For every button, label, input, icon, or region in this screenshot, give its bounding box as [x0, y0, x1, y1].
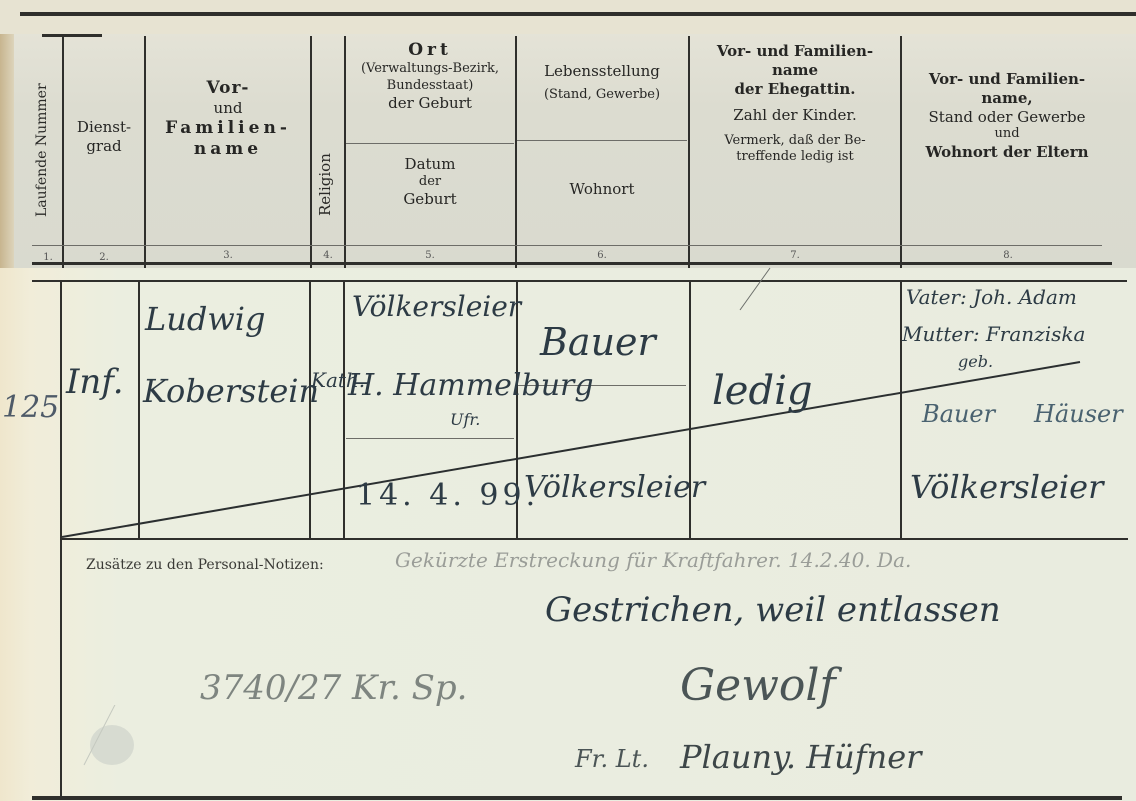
- col-number-8: 8.: [998, 250, 1018, 261]
- col-header-birthdate: Datum der Geburt: [346, 155, 514, 209]
- entry-subdivider: [346, 438, 514, 439]
- header-top-strip: [0, 0, 1136, 34]
- entry-parents-occupation: Bauer: [922, 400, 995, 428]
- notes-left-rule: [60, 540, 62, 798]
- entry-top-rule: [32, 280, 1127, 282]
- stamp-mark-icon: [80, 705, 150, 775]
- col-number-3: 3.: [218, 250, 238, 261]
- col-header-rank-l2: grad: [64, 137, 144, 156]
- page-bottom-rule: [32, 796, 1122, 800]
- col-header-birthplace: Ort (Verwaltungs-Bezirk, Bundesstaat) de…: [346, 40, 514, 113]
- col-header-birthdate-l2: der: [346, 174, 514, 190]
- col-number-1: 1.: [38, 252, 58, 263]
- entry-residence: Völkersleier: [524, 470, 705, 505]
- col-header-residence-l1: Wohnort: [517, 180, 687, 199]
- entry-birth-date: 14. 4. 99.: [356, 478, 539, 513]
- entry-birth-district: H. Hammelburg: [348, 368, 594, 403]
- page-edge: [0, 34, 14, 270]
- col-header-spouse-l3: der Ehegattin.: [690, 80, 900, 99]
- col-number-5: 5.: [420, 250, 440, 261]
- col-header-parents-l1: Vor- und Familien-: [902, 70, 1112, 89]
- entry-bottom-rule: [60, 538, 1128, 540]
- col-number-7: 7.: [785, 250, 805, 261]
- col-header-parents-l5: Wohnort der Eltern: [902, 143, 1112, 162]
- col-header-spouse-l4: Zahl der Kinder.: [690, 106, 900, 125]
- col-header-residence: Wohnort: [517, 180, 687, 199]
- col-header-rank-l1: Dienst-: [64, 118, 144, 137]
- entry-marital-status: ledig: [712, 368, 812, 414]
- entry-number: 125: [2, 390, 59, 425]
- col-header-spouse: Vor- und Familien- name der Ehegattin. Z…: [690, 42, 900, 166]
- col-header-spouse-l6: treffende ledig ist: [690, 149, 900, 165]
- col-header-name-l2: und: [146, 99, 310, 118]
- entry-parents-residence: Völkersleier: [910, 468, 1103, 506]
- header-bottom-rule: [32, 262, 1112, 265]
- col-header-spouse-l5: Vermerk, daß der Be-: [690, 133, 900, 149]
- col-header-religion: Religion: [316, 140, 334, 230]
- col-header-occupation: Lebensstellung (Stand, Gewerbe): [517, 62, 687, 103]
- col-header-parents-l2: name,: [902, 89, 1112, 108]
- col-header-birthplace-l3: Bundesstaat): [346, 78, 514, 94]
- entry-last-name: Koberstein: [143, 372, 319, 410]
- col-header-occupation-l1: Lebensstellung: [517, 62, 687, 81]
- notes-label: Zusätze zu den Personal-Notizen:: [86, 557, 324, 573]
- col-header-parents-l3: Stand oder Gewerbe: [902, 108, 1112, 127]
- entry-mother: Mutter: Franziska: [902, 322, 1085, 346]
- sub-divider: [517, 140, 687, 141]
- entry-father: Vater: Joh. Adam: [906, 285, 1077, 309]
- entry-birth-state: Ufr.: [450, 410, 480, 429]
- entry-divider: [60, 281, 62, 539]
- colnum-divider: [32, 245, 1102, 246]
- entry-birthplace: Völkersleier: [352, 290, 521, 323]
- col-divider: [310, 36, 312, 268]
- col-header-name-l1: Vor-: [146, 78, 310, 99]
- notes-signature-prefix: Fr. Lt.: [575, 745, 649, 773]
- entry-divider: [343, 281, 345, 539]
- col-header-name-l3: Familien-: [146, 118, 310, 139]
- header-rule: [42, 34, 102, 37]
- col-header-number: Laufende Nummer: [34, 60, 50, 240]
- col-number-4: 4.: [318, 250, 338, 261]
- col-number-6: 6.: [592, 250, 612, 261]
- entry-occupation: Bauer: [540, 320, 656, 364]
- notes-struck-entry: Gestrichen, weil entlassen: [545, 590, 1001, 630]
- col-header-birthplace-l1: Ort: [346, 40, 514, 61]
- col-header-name-l4: name: [146, 139, 310, 160]
- col-header-occupation-l2: (Stand, Gewerbe): [517, 87, 687, 103]
- top-rule: [20, 12, 1136, 16]
- col-header-parents: Vor- und Familien- name, Stand oder Gewe…: [902, 70, 1112, 161]
- entry-mother-nee: geb.: [958, 352, 993, 371]
- notes-signature-2: Plauny. Hüfner: [680, 738, 921, 776]
- entry-rank: Inf.: [66, 362, 124, 402]
- sub-divider: [346, 143, 514, 144]
- entry-divider: [900, 281, 902, 539]
- col-header-spouse-l2: name: [690, 61, 900, 80]
- entry-divider: [138, 281, 140, 539]
- entry-mother-maiden-name: Häuser: [1034, 400, 1123, 428]
- notes-signature-1: Gewolf: [680, 660, 836, 711]
- col-header-birthplace-l4: der Geburt: [346, 94, 514, 113]
- col-header-parents-l4: und: [902, 126, 1112, 142]
- entry-divider: [309, 281, 311, 539]
- col-header-birthdate-l1: Datum: [346, 155, 514, 174]
- col-header-name: Vor- und Familien- name: [146, 78, 310, 161]
- col-header-spouse-l1: Vor- und Familien-: [690, 42, 900, 61]
- col-header-rank: Dienst- grad: [64, 118, 144, 156]
- col-header-birthplace-l2: (Verwaltungs-Bezirk,: [346, 61, 514, 77]
- notes-pencil-reference: 3740/27 Kr. Sp.: [200, 668, 467, 708]
- col-number-2: 2.: [94, 252, 114, 263]
- notes-faint-entry: Gekürzte Erstreckung für Kraftfahrer. 14…: [395, 548, 911, 572]
- entry-first-name: Ludwig: [145, 300, 265, 338]
- col-header-birthdate-l3: Geburt: [346, 190, 514, 209]
